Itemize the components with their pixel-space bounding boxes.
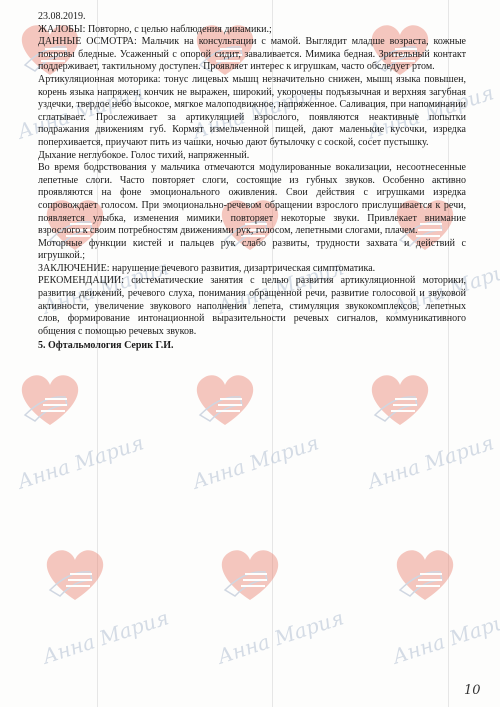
hand-heart-icon <box>205 530 295 620</box>
examination-label: ДАННЫЕ ОСМОТРА: <box>38 36 137 47</box>
examination: ДАННЫЕ ОСМОТРА: Мальчик на консультации … <box>38 36 466 74</box>
medical-report: 23.08.2019. ЖАЛОБЫ: Повторно, с целью на… <box>38 11 466 353</box>
report-date: 23.08.2019. <box>38 11 466 24</box>
breathing-paragraph: Дыхание неглубокое. Голос тихий, напряже… <box>38 150 466 163</box>
complaints-text: Повторно, с целью наблюдения динамики.; <box>85 24 271 35</box>
recommendations-label: РЕКОМЕНДАЦИИ: <box>38 275 124 286</box>
hand-heart-icon <box>30 530 120 620</box>
hand-heart-icon <box>5 355 95 445</box>
motor-paragraph: Моторные функции кистей и пальцев рук сл… <box>38 238 466 263</box>
hand-heart-icon <box>380 530 470 620</box>
articulation-paragraph: Артикуляционная моторика: тонус лицевых … <box>38 74 466 150</box>
conclusion-label: ЗАКЛЮЧЕНИЕ: <box>38 263 110 274</box>
conclusion-text: нарушение речевого развития, дизартричес… <box>110 263 376 274</box>
hand-heart-icon <box>355 355 445 445</box>
section-heading: 5. Офтальмология Серик Г.И. <box>38 340 466 353</box>
recommendations: РЕКОМЕНДАЦИИ: систематические занятия с … <box>38 275 466 338</box>
page-number: 10 <box>464 683 481 698</box>
complaints: ЖАЛОБЫ: Повторно, с целью наблюдения дин… <box>38 24 466 37</box>
complaints-label: ЖАЛОБЫ: <box>38 24 85 35</box>
hand-heart-icon <box>180 355 270 445</box>
vocalization-paragraph: Во время бодрствования у мальчика отмеча… <box>38 162 466 238</box>
conclusion: ЗАКЛЮЧЕНИЕ: нарушение речевого развития,… <box>38 263 466 276</box>
